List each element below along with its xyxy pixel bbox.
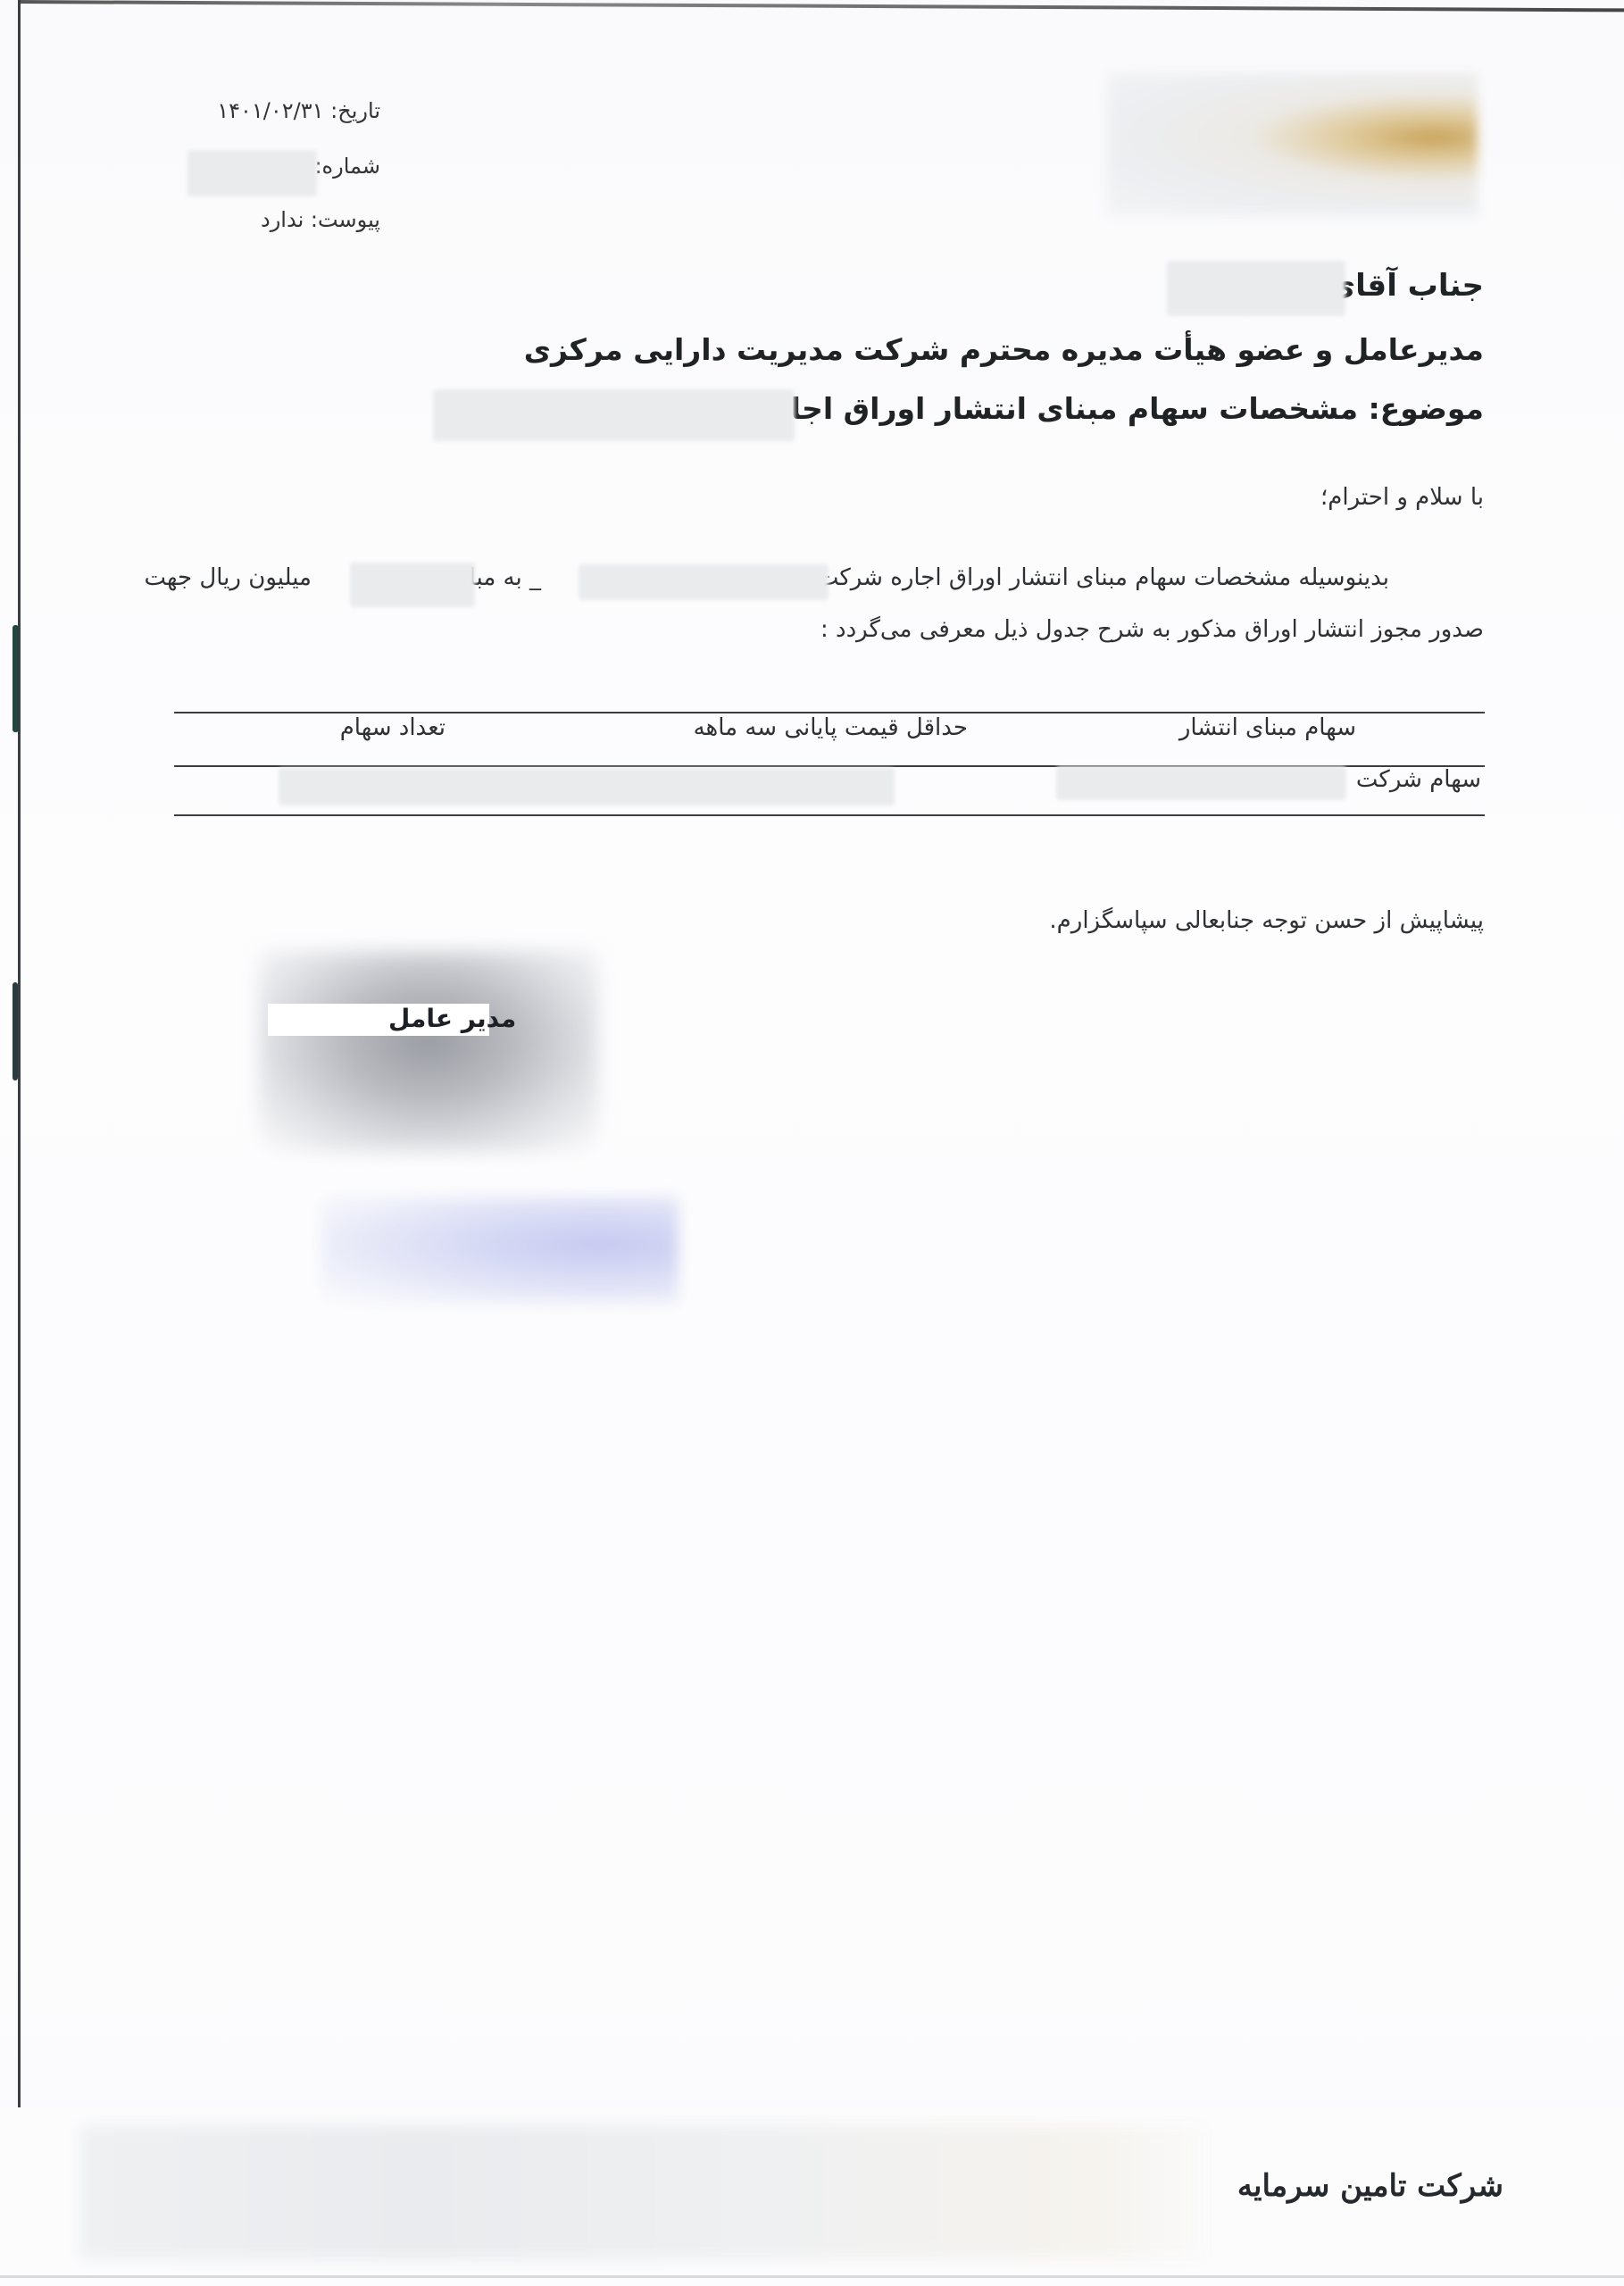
recipient-name-redacted	[1167, 261, 1345, 316]
company-logo-redacted	[1107, 73, 1478, 216]
scan-edge-shadow	[12, 982, 18, 1080]
attachment-value: ندارد	[261, 207, 304, 232]
letter-attachment: پیوست: ندارد	[261, 207, 380, 232]
table-header-min-price: حداقل قیمت پایانی سه ماهه	[694, 714, 968, 741]
recipient-salutation: جناب آقای	[1328, 268, 1484, 304]
signature-redacted	[259, 951, 598, 1152]
letter-number-redacted	[187, 150, 317, 196]
table-header-share-count: تعداد سهام	[340, 714, 446, 741]
letter-page: تاریخ: ۱۴۰۱/۰۲/۳۱ شماره: پیوست: ندارد جن…	[0, 0, 1624, 2286]
letter-date: تاریخ: ۱۴۰۱/۰۲/۳۱	[217, 98, 380, 123]
paragraph-line1-start: بدینوسیله مشخصات سهام مبنای انتشار اوراق…	[817, 564, 1389, 591]
paragraph-line2: صدور مجوز انتشار اوراق مذکور به شرح جدول…	[820, 616, 1484, 643]
amount-redacted	[350, 563, 475, 607]
table-bottom-rule	[174, 814, 1485, 816]
table-row-company: سهام شرکت	[1356, 766, 1481, 793]
footer-address-redacted	[80, 2125, 1205, 2259]
recipient-title: مدیرعامل و عضو هیأت مدیره محترم شرکت مدی…	[524, 332, 1484, 367]
letter-number: شماره:	[314, 154, 380, 179]
table-company-redacted	[1056, 766, 1346, 800]
footer-brand: شرکت تامین سرمایه	[1237, 2168, 1503, 2204]
paragraph-line1-end: میلیون ریال جهت	[145, 564, 312, 591]
date-label: تاریخ:	[330, 98, 380, 123]
closing-text: پیشاپیش از حسن توجه جنابعالی سپاسگزارم.	[1049, 907, 1484, 934]
scan-edge-shadow	[12, 625, 19, 732]
table-header-base-shares: سهام مبنای انتشار	[1179, 714, 1356, 741]
company-name-redacted	[579, 564, 829, 600]
table-values-redacted	[279, 768, 895, 805]
attachment-label: پیوست:	[311, 207, 380, 232]
number-label: شماره:	[314, 154, 380, 179]
subject-company-redacted	[433, 389, 795, 441]
footer-bottom-edge	[0, 2275, 1624, 2278]
scan-edge-left	[18, 0, 21, 2112]
scan-edge-top	[18, 0, 1624, 12]
signature-role: مدیر عامل	[388, 1004, 516, 1033]
table-top-rule	[174, 712, 1485, 713]
stamp-redacted	[321, 1197, 679, 1304]
greeting: با سلام و احترام؛	[1320, 484, 1484, 511]
date-value: ۱۴۰۱/۰۲/۳۱	[217, 98, 323, 123]
